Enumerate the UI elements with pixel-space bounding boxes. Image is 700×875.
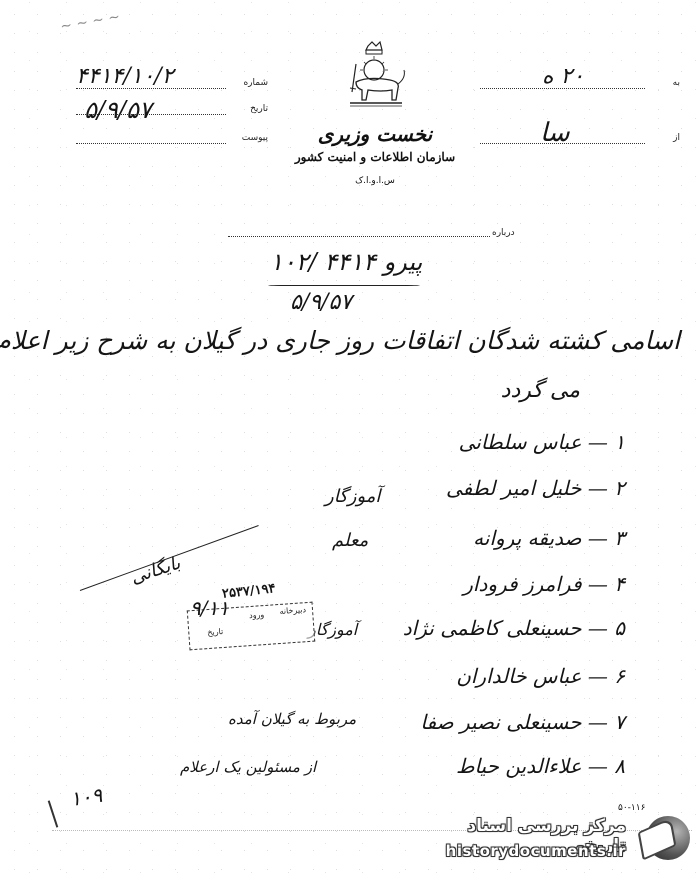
list-item: ۸ — علاءالدین حیاط bbox=[456, 754, 625, 778]
letterhead-ministry: نخست وزیری bbox=[280, 122, 470, 146]
field-value-to: ۲۰ ه bbox=[542, 64, 584, 89]
reference-rule bbox=[268, 285, 420, 286]
body-text-cont: می گردد bbox=[501, 378, 580, 403]
list-item: ۷ — حسینعلی نصیر صفا bbox=[420, 710, 625, 734]
watermark-site: historydocuments.ir bbox=[446, 842, 626, 860]
margin-mark bbox=[48, 800, 59, 827]
page-number: ۱۰۹ bbox=[68, 783, 103, 811]
list-item: ۵ — حسینعلی کاظمی نژاد bbox=[403, 616, 625, 640]
watermark: مرکز بررسی اسناد تاریخی historydocuments… bbox=[412, 812, 698, 868]
field-value-from: سا bbox=[540, 118, 570, 148]
field-label-date: تاریخ bbox=[250, 104, 268, 114]
list-item: ۳ — صدیقه پروانه bbox=[473, 526, 625, 550]
subject-label: درباره bbox=[492, 228, 515, 238]
list-item-note: مربوط به گیلان آمده bbox=[228, 710, 356, 728]
field-value-date: ۵/۹/۵۷ bbox=[84, 96, 152, 124]
list-item: ۴ — فرامرز فرودار bbox=[463, 572, 625, 596]
field-value-number: ۴۴۱۴/۱۰/۲ bbox=[76, 64, 174, 89]
body-text: اسامی کشته شدگان اتفاقات روز جاری در گیل… bbox=[0, 326, 680, 355]
letterhead-subunit: س.ا.و.ا.ک bbox=[280, 176, 470, 186]
list-item: ۶ — عباس خالداران bbox=[456, 664, 625, 688]
list-item-note: آموزگار bbox=[308, 620, 357, 639]
lion-and-sun-emblem bbox=[320, 40, 430, 120]
document-logo-icon bbox=[646, 816, 690, 860]
list-item: ۱ — عباس سلطانی bbox=[459, 430, 625, 454]
letterhead-organization: سازمان اطلاعات و امنیت کشور bbox=[280, 150, 470, 164]
field-label-number: شماره bbox=[243, 78, 268, 88]
field-label-from: از bbox=[673, 133, 680, 143]
field-label-to: به bbox=[673, 78, 680, 88]
reference-date: ۵/۹/۵۷ bbox=[290, 290, 352, 315]
stamp-date: ۹/۱۱ bbox=[190, 596, 229, 620]
list-item-note: آموزگار bbox=[325, 486, 380, 507]
list-item-note: از مسئولین یک ارعلام bbox=[180, 758, 316, 776]
corner-note: ~ ~ ~ ~ bbox=[59, 9, 121, 35]
list-item-note: معلم bbox=[332, 530, 368, 551]
subject-line bbox=[228, 236, 490, 237]
list-item: ۲ — خلیل امیر لطفی bbox=[446, 476, 625, 500]
field-label-attachment: پیوست bbox=[242, 133, 268, 143]
reference-number: پیرو ۴۴۱۴ /۱۰۲ bbox=[270, 248, 422, 276]
